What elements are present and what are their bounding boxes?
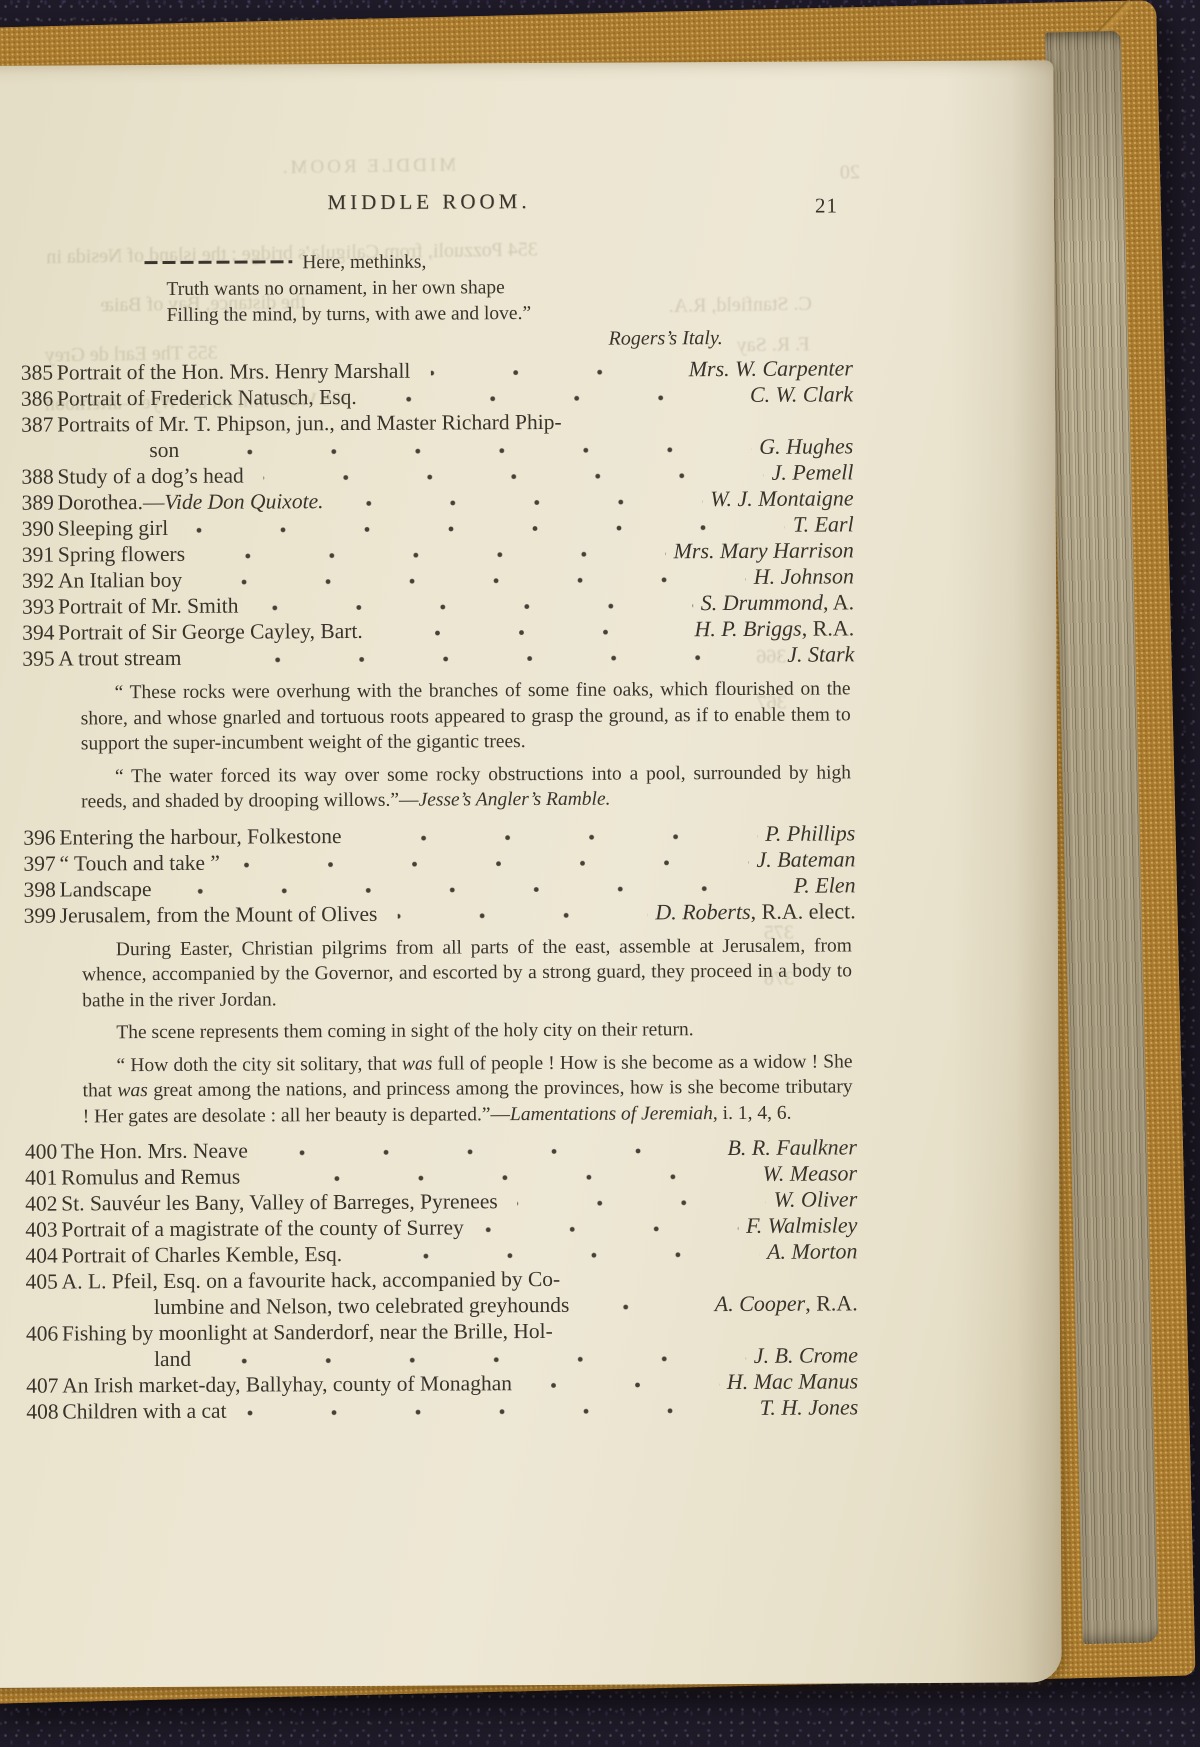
entry-artist: W. J. Montaigne	[710, 485, 854, 512]
dot-leader	[518, 1200, 766, 1206]
ghost-text: MIDDLE ROOM.	[280, 155, 457, 180]
note-paragraph: “ The water forced its way over some roc…	[81, 760, 851, 815]
ghost-text: 20	[840, 161, 860, 184]
catalog-entry: 387Portraits of Mr. T. Phipson, jun., an…	[7, 407, 853, 463]
entry-number: 406	[12, 1321, 62, 1347]
dot-leader	[258, 603, 692, 610]
entry-line: lumbine and Nelson, two celebrated greyh…	[12, 1290, 858, 1320]
dot-leader	[589, 1304, 706, 1310]
dot-leader	[240, 859, 749, 867]
note-paragraph: “ How doth the city sit solitary, that w…	[82, 1049, 852, 1130]
entry-number: 387	[7, 412, 57, 438]
entry-title: Landscape	[60, 876, 152, 902]
entry-number: 386	[7, 386, 57, 412]
entry-title: Portrait of Charles Kemble, Esq.	[61, 1241, 342, 1268]
entry-number: 394	[8, 620, 58, 646]
entry-artist: Mrs. Mary Harrison	[673, 537, 853, 564]
entry-line: 407An Irish market-day, Ballyhay, county…	[12, 1368, 858, 1398]
entry-title: Jerusalem, from the Mount of Olives	[60, 900, 378, 928]
entry-number: 402	[11, 1191, 61, 1217]
epigraph-line: Truth wants no ornament, in her own shap…	[144, 274, 744, 303]
epigraph: Here, methinks, Truth wants no ornament,…	[144, 248, 745, 353]
entry-artist: H. Mac Manus	[727, 1368, 859, 1395]
entry-title: A trout stream	[58, 645, 181, 672]
entry-artist: A. Morton	[767, 1238, 858, 1264]
dot-leader	[377, 395, 742, 402]
entry-number: 390	[8, 516, 58, 542]
dot-leader	[343, 499, 702, 506]
entry-title: Portrait of a magistrate of the county o…	[61, 1214, 464, 1242]
entry-title: An Italian boy	[58, 567, 182, 594]
note-paragraph: During Easter, Christian pilgrims from a…	[82, 933, 852, 1014]
dot-leader	[201, 655, 779, 663]
entry-number: 393	[8, 594, 58, 620]
dot-leader	[260, 1174, 754, 1182]
entry-number: 388	[7, 464, 57, 490]
entry-title: Study of a dog’s head	[57, 463, 243, 490]
epigraph-line: Filling the mind, by turns, with awe and…	[145, 300, 745, 329]
entry-title: Sleeping girl	[58, 515, 169, 542]
entry-title: Portrait of the Hon. Mrs. Henry Marshall	[57, 358, 411, 386]
dot-leader	[397, 912, 647, 918]
dot-leader	[205, 551, 666, 558]
entry-artist: T. Earl	[793, 511, 854, 537]
entry-artist: J. B. Crome	[754, 1342, 858, 1369]
dot-leader	[383, 629, 687, 636]
entry-artist: H. P. Briggs, R.A.	[694, 615, 854, 642]
entry-number: 396	[9, 824, 59, 850]
entry-artist: P. Phillips	[765, 820, 855, 846]
dot-leader	[188, 525, 785, 533]
page-number: 21	[815, 193, 838, 218]
catalog-entry: 399Jerusalem, from the Mount of OlivesD.…	[10, 898, 856, 928]
dot-leader	[202, 577, 746, 585]
continuation-indent	[12, 1314, 154, 1315]
entry-line: 391Spring flowersMrs. Mary Harrison	[8, 537, 854, 567]
entry-line: 394Portrait of Sir George Cayley, Bart.H…	[8, 615, 854, 645]
epigraph-rule	[144, 260, 292, 264]
entry-artist: A. Cooper, R.A.	[715, 1290, 858, 1317]
note-block: During Easter, Christian pilgrims from a…	[82, 933, 853, 1130]
entry-title: Portrait of Frederick Natusch, Esq.	[57, 384, 357, 412]
entry-artist: W. Oliver	[774, 1186, 858, 1212]
entry-number: 408	[12, 1399, 62, 1425]
ghost-showthrough-layer: MIDDLE ROOM.20354 Pozzuoli, from Caligul…	[0, 60, 1053, 66]
entry-title: “ Touch and take ”	[59, 849, 220, 876]
entry-title: Dorothea.—Vide Don Quixote.	[57, 488, 323, 515]
entry-title: lumbine and Nelson, two celebrated greyh…	[154, 1292, 570, 1320]
entry-artist: G. Hughes	[759, 433, 853, 459]
entry-line: 400The Hon. Mrs. NeaveB. R. Faulkner	[11, 1134, 857, 1164]
continuation-indent	[12, 1366, 154, 1367]
entry-artist: P. Elen	[794, 872, 856, 898]
entry-number: 403	[11, 1217, 61, 1243]
page-stack-fore-edge	[1045, 31, 1159, 1644]
epigraph-line: Here, methinks,	[144, 248, 744, 277]
room-title: MIDDLE ROOM.	[6, 187, 852, 216]
catalog-entry: 394Portrait of Sir George Cayley, Bart.H…	[8, 615, 854, 645]
entry-number: 391	[8, 542, 58, 568]
note-block: “ These rocks were overhung with the bra…	[80, 676, 851, 815]
entry-number: 401	[11, 1165, 61, 1191]
page-content: MIDDLE ROOM. 21 Here, methinks, Truth wa…	[6, 187, 858, 1424]
entry-title: land	[154, 1346, 191, 1372]
entry-number: 404	[11, 1243, 61, 1269]
entry-artist: S. Drummond, A.	[701, 589, 855, 616]
entry-title: Portrait of Sir George Cayley, Bart.	[58, 618, 363, 646]
catalog-entry: 408Children with a catT. H. Jones	[12, 1394, 858, 1424]
entry-number: 400	[11, 1139, 61, 1165]
entry-artist: F. Walmisley	[746, 1212, 857, 1239]
entry-title: St. Sauvéur les Bany, Valley of Barreges…	[61, 1188, 498, 1216]
catalog-entry: 389Dorothea.—Vide Don Quixote.W. J. Mont…	[7, 485, 853, 515]
entry-title: Entering the harbour, Folkestone	[59, 823, 341, 850]
dot-leader	[268, 1148, 720, 1155]
entry-artist: J. Pemell	[771, 459, 853, 485]
note-paragraph: “ These rocks were overhung with the bra…	[80, 676, 850, 757]
entry-title: Fishing by moonlight at Sanderdorf, near…	[62, 1318, 553, 1347]
entry-title: Portrait of Mr. Smith	[58, 593, 239, 620]
dot-leader	[172, 885, 786, 893]
catalog-entry: 407An Irish market-day, Ballyhay, county…	[12, 1368, 858, 1398]
entry-artist: D. Roberts, R.A. elect.	[655, 898, 856, 925]
catalog-entry: 405A. L. Pfeil, Esq. on a favourite hack…	[12, 1264, 858, 1320]
catalog-list: 385Portrait of the Hon. Mrs. Henry Marsh…	[7, 355, 859, 1424]
entry-title: Portraits of Mr. T. Phipson, jun., and M…	[57, 409, 562, 438]
entry-line: 385Portrait of the Hon. Mrs. Henry Marsh…	[7, 355, 853, 385]
photo-background: MIDDLE ROOM. 21 Here, methinks, Truth wa…	[0, 0, 1200, 1747]
dot-leader	[199, 447, 751, 455]
entry-number: 398	[10, 876, 60, 902]
continuation-indent	[7, 457, 149, 458]
entry-line: 399Jerusalem, from the Mount of OlivesD.…	[10, 898, 856, 928]
entry-artist: J. Stark	[787, 641, 854, 667]
dot-leader	[211, 1356, 746, 1364]
entry-title: Children with a cat	[62, 1398, 226, 1425]
entry-title: A. L. Pfeil, Esq. on a favourite hack, a…	[62, 1266, 561, 1295]
entry-artist: B. R. Faulkner	[727, 1134, 857, 1161]
dot-leader	[361, 833, 757, 840]
book-cover: MIDDLE ROOM. 21 Here, methinks, Truth wa…	[0, 0, 1196, 1704]
entry-artist: Mrs. W. Carpenter	[689, 355, 853, 382]
catalog-entry: 385Portrait of the Hon. Mrs. Henry Marsh…	[7, 355, 853, 385]
entry-line: 395A trout streamJ. Stark	[8, 641, 854, 671]
dot-leader	[264, 473, 764, 481]
book-page: MIDDLE ROOM. 21 Here, methinks, Truth wa…	[0, 60, 1062, 1688]
catalog-entry: 395A trout streamJ. Stark	[8, 641, 854, 671]
entry-artist: J. Bateman	[756, 846, 855, 873]
note-paragraph: The scene represents them coming in sigh…	[82, 1016, 852, 1046]
entry-line: 389Dorothea.—Vide Don Quixote.W. J. Mont…	[7, 485, 853, 515]
dot-leader	[362, 1252, 759, 1259]
catalog-entry: 400The Hon. Mrs. NeaveB. R. Faulkner	[11, 1134, 857, 1164]
page-header: MIDDLE ROOM. 21	[6, 187, 852, 225]
entry-number: 397	[9, 850, 59, 876]
entry-artist: H. Johnson	[754, 563, 854, 590]
dot-leader	[430, 369, 680, 375]
catalog-entry: 391Spring flowersMrs. Mary Harrison	[8, 537, 854, 567]
entry-line: 408Children with a catT. H. Jones	[12, 1394, 858, 1424]
entry-number: 385	[7, 360, 57, 386]
entry-artist: W. Measor	[762, 1160, 857, 1186]
entry-title: The Hon. Mrs. Neave	[61, 1138, 248, 1165]
dot-leader	[532, 1382, 719, 1388]
entry-number: 405	[12, 1269, 62, 1295]
entry-number: 407	[12, 1373, 62, 1399]
dot-leader	[247, 1408, 752, 1416]
entry-number: 392	[8, 568, 58, 594]
entry-title: Romulus and Remus	[61, 1164, 240, 1191]
entry-artist: C. W. Clark	[750, 381, 853, 408]
entry-number: 395	[8, 646, 58, 672]
catalog-entry: 406Fishing by moonlight at Sanderdorf, n…	[12, 1316, 858, 1372]
entry-number: 399	[10, 902, 60, 928]
dot-leader	[484, 1226, 738, 1232]
epigraph-attribution: Rogers’s Italy.	[145, 326, 723, 353]
entry-title: An Irish market-day, Ballyhay, county of…	[62, 1370, 512, 1398]
entry-number: 389	[7, 490, 57, 516]
entry-title: Spring flowers	[58, 541, 185, 568]
entry-artist: T. H. Jones	[760, 1394, 859, 1421]
entry-title: son	[149, 437, 179, 463]
